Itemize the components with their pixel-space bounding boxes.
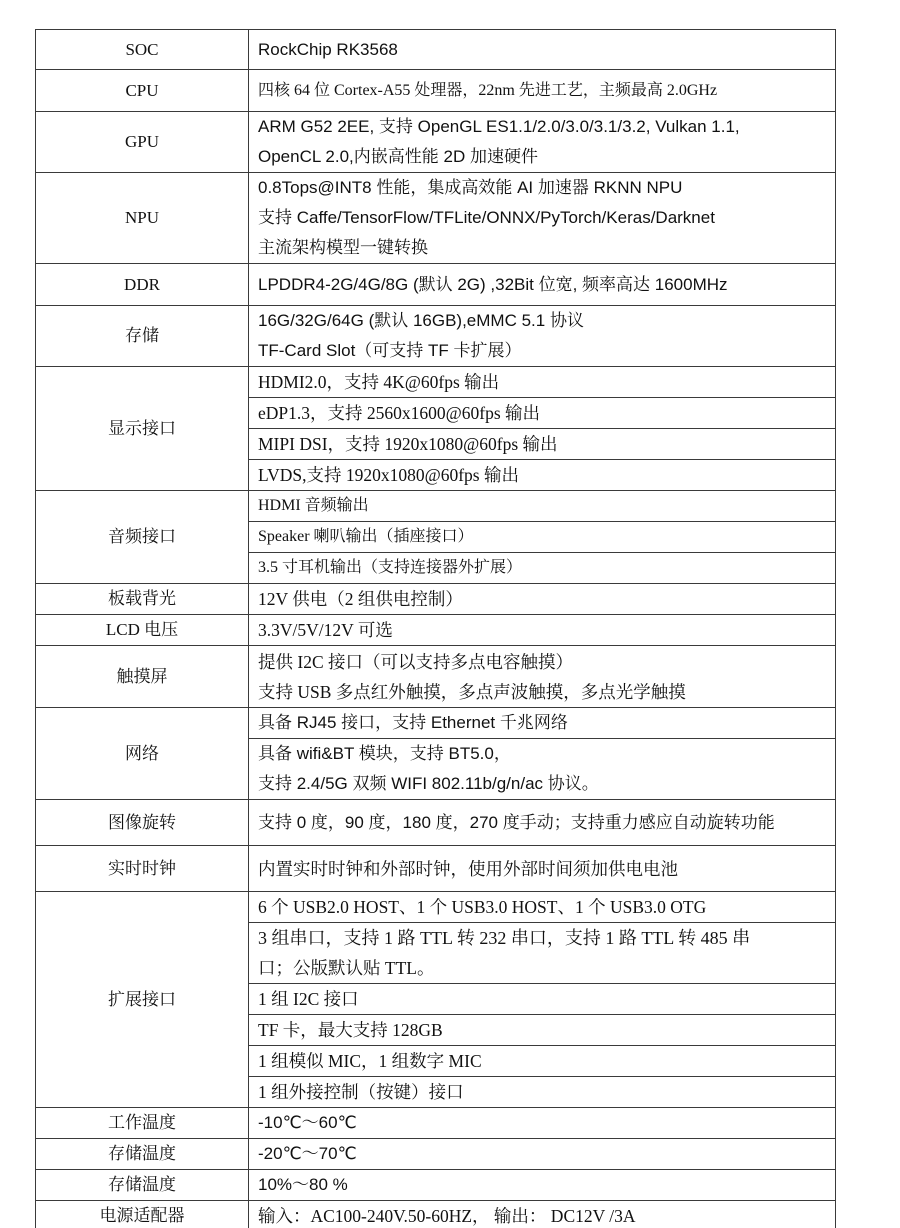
row-value: 3.3V/5V/12V 可选 <box>258 615 826 645</box>
row-label: 实时时钟 <box>36 846 249 892</box>
row-value-line: TF-Card Slot（可支持 TF 卡扩展） <box>258 336 826 366</box>
row-value: 10%～80 % <box>258 1170 826 1200</box>
row-value-line: 提供 I2C 接口（可以支持多点电容触摸） <box>258 647 826 677</box>
row-value: 具备 RJ45 接口，支持 Ethernet 千兆网络 <box>258 708 826 738</box>
row-label: 存储 <box>36 306 249 367</box>
row-value: 四核 64 位 Cortex-A55 处理器，22nm 先进工艺，主频最高 2.… <box>258 76 826 106</box>
row-value-line: OpenCL 2.0,内嵌高性能 2D 加速硬件 <box>258 142 826 172</box>
row-value: -10℃～60℃ <box>258 1108 826 1138</box>
row-label: 存储温度 <box>36 1170 249 1201</box>
row-npu: NPU 0.8Tops@INT8 性能，集成高效能 AI 加速器 RKNN NP… <box>36 173 836 264</box>
row-value-line: ARM G52 2EE, 支持 OpenGL ES1.1/2.0/3.0/3.1… <box>258 112 826 142</box>
row-lcd-voltage: LCD 电压 3.3V/5V/12V 可选 <box>36 615 836 646</box>
row-value: 12V 供电（2 组供电控制） <box>258 584 826 614</box>
row-label: 音频接口 <box>36 491 249 584</box>
row-backlight: 板载背光 12V 供电（2 组供电控制） <box>36 584 836 615</box>
row-audio: 音频接口 HDMI 音频输出 <box>36 491 836 522</box>
row-label: 触摸屏 <box>36 646 249 708</box>
row-value: 内置实时时钟和外部时钟，使用外部时间须加供电电池 <box>258 854 826 884</box>
row-label: CPU <box>36 70 249 112</box>
row-label: 板载背光 <box>36 584 249 615</box>
row-value-line: 支持 USB 多点红外触摸，多点声波触摸，多点光学触摸 <box>258 677 826 707</box>
row-label: GPU <box>36 112 249 173</box>
row-expansion: 扩展接口 6 个 USB2.0 HOST、1 个 USB3.0 HOST、1 个… <box>36 892 836 923</box>
row-label: 图像旋转 <box>36 800 249 846</box>
row-value: RockChip RK3568 <box>258 35 826 65</box>
row-rtc: 实时时钟 内置实时时钟和外部时钟，使用外部时间须加供电电池 <box>36 846 836 892</box>
row-value: TF 卡，最大支持 128GB <box>258 1015 826 1045</box>
row-value: LVDS,支持 1920x1080@60fps 输出 <box>258 460 826 490</box>
row-value-line: 口；公版默认贴 TTL。 <box>258 953 826 983</box>
row-value: HDMI 音频输出 <box>258 491 826 521</box>
row-label: 存储温度 <box>36 1139 249 1170</box>
row-cpu: CPU 四核 64 位 Cortex-A55 处理器，22nm 先进工艺，主频最… <box>36 70 836 112</box>
row-storage-temp: 存储温度 -20℃～70℃ <box>36 1139 836 1170</box>
row-value: 1 组模似 MIC，1 组数字 MIC <box>258 1046 826 1076</box>
row-storage: 存储 16G/32G/64G (默认 16GB),eMMC 5.1 协议 TF-… <box>36 306 836 367</box>
row-label: 网络 <box>36 708 249 800</box>
spec-table: SOC RockChip RK3568 CPU 四核 64 位 Cortex-A… <box>35 29 836 1228</box>
row-label: LCD 电压 <box>36 615 249 646</box>
row-value-line: 支持 2.4/5G 双频 WIFI 802.11b/g/n/ac 协议。 <box>258 769 826 799</box>
row-value-line: 16G/32G/64G (默认 16GB),eMMC 5.1 协议 <box>258 306 826 336</box>
row-value-line: 支持 Caffe/TensorFlow/TFLite/ONNX/PyTorch/… <box>258 203 826 233</box>
row-value: HDMI2.0，支持 4K@60fps 输出 <box>258 367 826 397</box>
row-value: 1 组外接控制（按键）接口 <box>258 1077 826 1107</box>
row-power-adapter: 电源适配器 输入：AC100-240V.50-60HZ， 输出： DC12V /… <box>36 1201 836 1228</box>
row-label: 工作温度 <box>36 1108 249 1139</box>
row-operating-temp: 工作温度 -10℃～60℃ <box>36 1108 836 1139</box>
row-display: 显示接口 HDMI2.0，支持 4K@60fps 输出 <box>36 367 836 398</box>
row-value-line: 0.8Tops@INT8 性能，集成高效能 AI 加速器 RKNN NPU <box>258 173 826 203</box>
row-storage-humidity: 存储温度 10%～80 % <box>36 1170 836 1201</box>
row-value: 输入：AC100-240V.50-60HZ， 输出： DC12V /3A <box>258 1201 826 1228</box>
row-value: 3.5 寸耳机输出（支持连接器外扩展） <box>258 553 826 583</box>
row-label: NPU <box>36 173 249 264</box>
row-label: 扩展接口 <box>36 892 249 1108</box>
row-network: 网络 具备 RJ45 接口，支持 Ethernet 千兆网络 <box>36 708 836 739</box>
row-label: 电源适配器 <box>36 1201 249 1228</box>
row-value: Speaker 喇叭输出（插座接口） <box>258 522 826 552</box>
row-label: SOC <box>36 30 249 70</box>
row-value: MIPI DSI，支持 1920x1080@60fps 输出 <box>258 429 826 459</box>
row-ddr: DDR LPDDR4-2G/4G/8G (默认 2G) ,32Bit 位宽, 频… <box>36 264 836 306</box>
row-value: 支持 0 度，90 度，180 度，270 度手动；支持重力感应自动旋转功能 <box>258 808 826 838</box>
row-label: 显示接口 <box>36 367 249 491</box>
row-label: DDR <box>36 264 249 306</box>
row-value-line: 具备 wifi&BT 模块，支持 BT5.0， <box>258 739 826 769</box>
row-value: -20℃～70℃ <box>258 1139 826 1169</box>
row-soc: SOC RockChip RK3568 <box>36 30 836 70</box>
row-image-rotation: 图像旋转 支持 0 度，90 度，180 度，270 度手动；支持重力感应自动旋… <box>36 800 836 846</box>
row-value-line: 3 组串口，支持 1 路 TTL 转 232 串口，支持 1 路 TTL 转 4… <box>258 923 826 953</box>
row-value: LPDDR4-2G/4G/8G (默认 2G) ,32Bit 位宽, 频率高达 … <box>258 270 826 300</box>
row-value: 6 个 USB2.0 HOST、1 个 USB3.0 HOST、1 个 USB3… <box>258 892 826 922</box>
row-value: 1 组 I2C 接口 <box>258 984 826 1014</box>
row-gpu: GPU ARM G52 2EE, 支持 OpenGL ES1.1/2.0/3.0… <box>36 112 836 173</box>
row-value: eDP1.3，支持 2560x1600@60fps 输出 <box>258 398 826 428</box>
row-value-line: 主流架构模型一键转换 <box>258 233 826 263</box>
row-touchscreen: 触摸屏 提供 I2C 接口（可以支持多点电容触摸） 支持 USB 多点红外触摸，… <box>36 646 836 708</box>
